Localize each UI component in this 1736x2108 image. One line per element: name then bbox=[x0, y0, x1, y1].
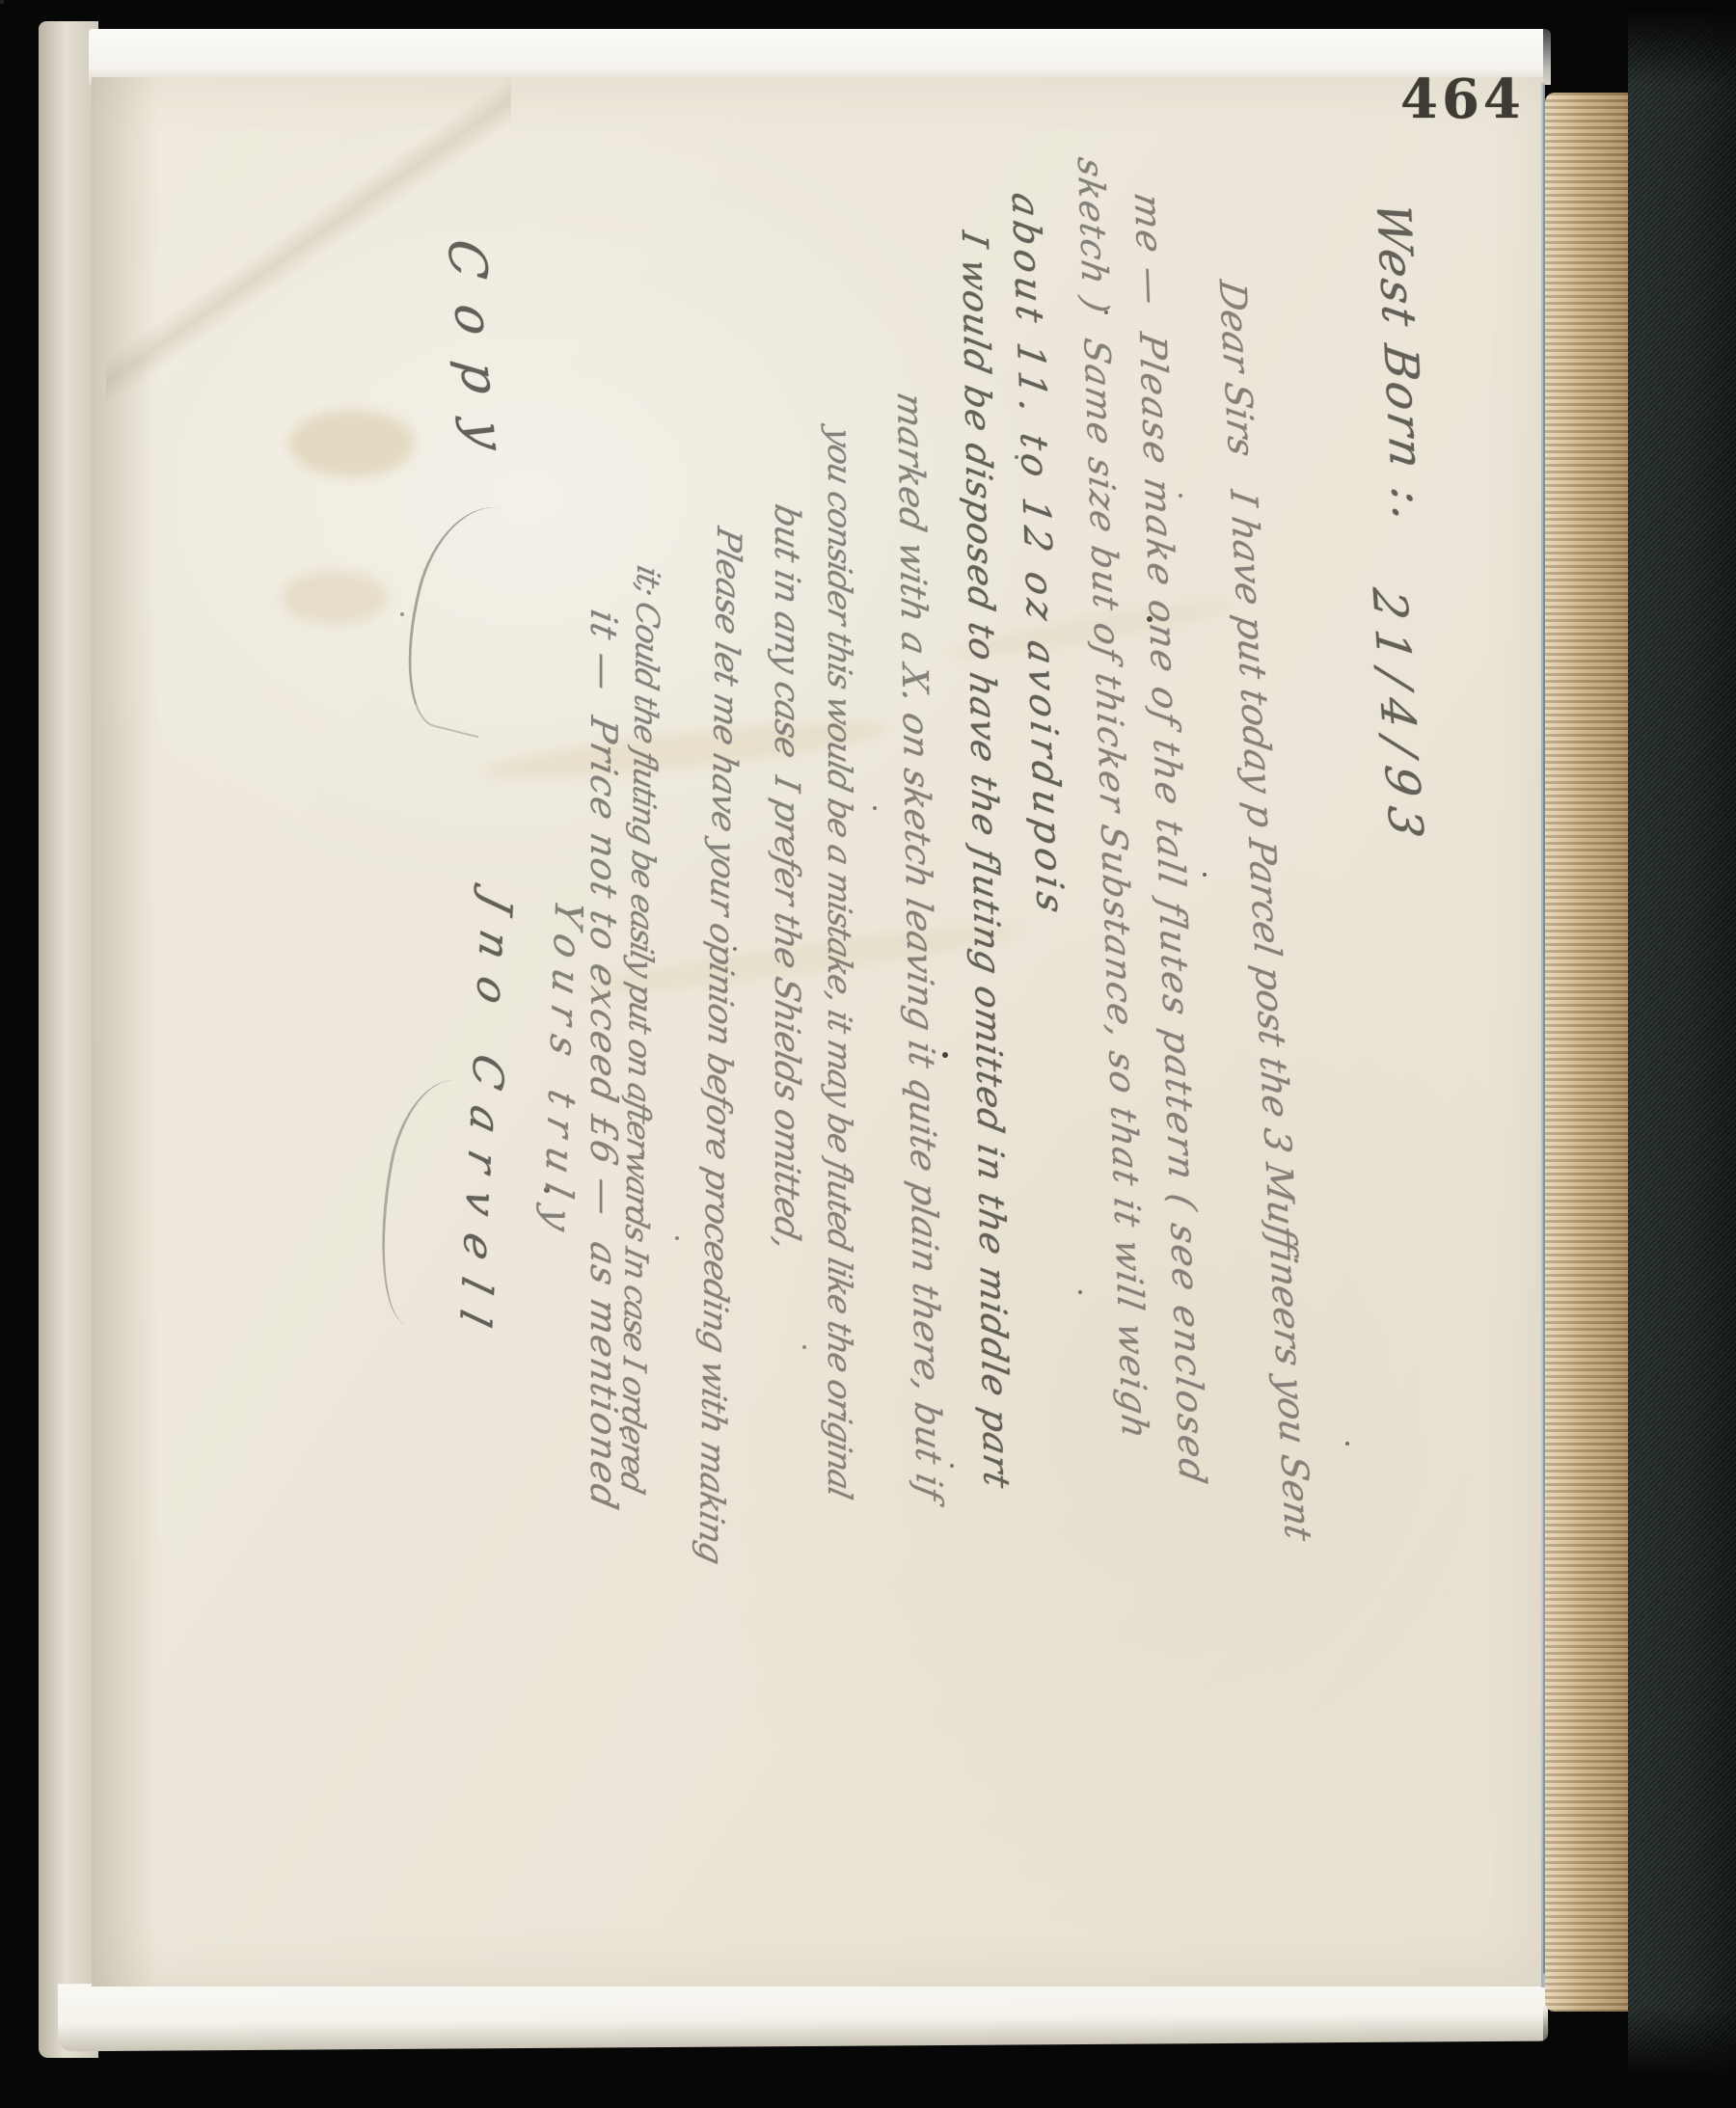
copy-annotation: Copy bbox=[435, 237, 519, 479]
letter-body-line: Dear Sirs I have put today p Parcel post… bbox=[1211, 278, 1320, 1544]
letter-body-line: but in any case I prefer the Shields omi… bbox=[767, 500, 806, 1253]
letter-body-line: it — Price not to exceed £6 — as mention… bbox=[583, 607, 625, 1515]
letter-body-line: I would be disposed to have the fluting … bbox=[954, 229, 1017, 1493]
handwriting-layer: West Born :.21/4/93Dear Sirs I have put … bbox=[0, 0, 1736, 2108]
letter-body-line: about 11. to 12 oz avoirdupois bbox=[1003, 190, 1071, 921]
letter-heading-place: West Born :. bbox=[1365, 199, 1436, 528]
photographed-copybook-page: { "document": { "page_number": "464", "i… bbox=[0, 0, 1736, 2108]
letter-body-line: marked with a X. on sketch leaving it qu… bbox=[889, 390, 950, 1503]
letter-body-line: Please let me have your opinion before p… bbox=[691, 524, 747, 1568]
letter-body-line: you consider this would be a mistake, it… bbox=[820, 423, 858, 1500]
letter-heading-date: 21/4/93 bbox=[1361, 585, 1433, 851]
